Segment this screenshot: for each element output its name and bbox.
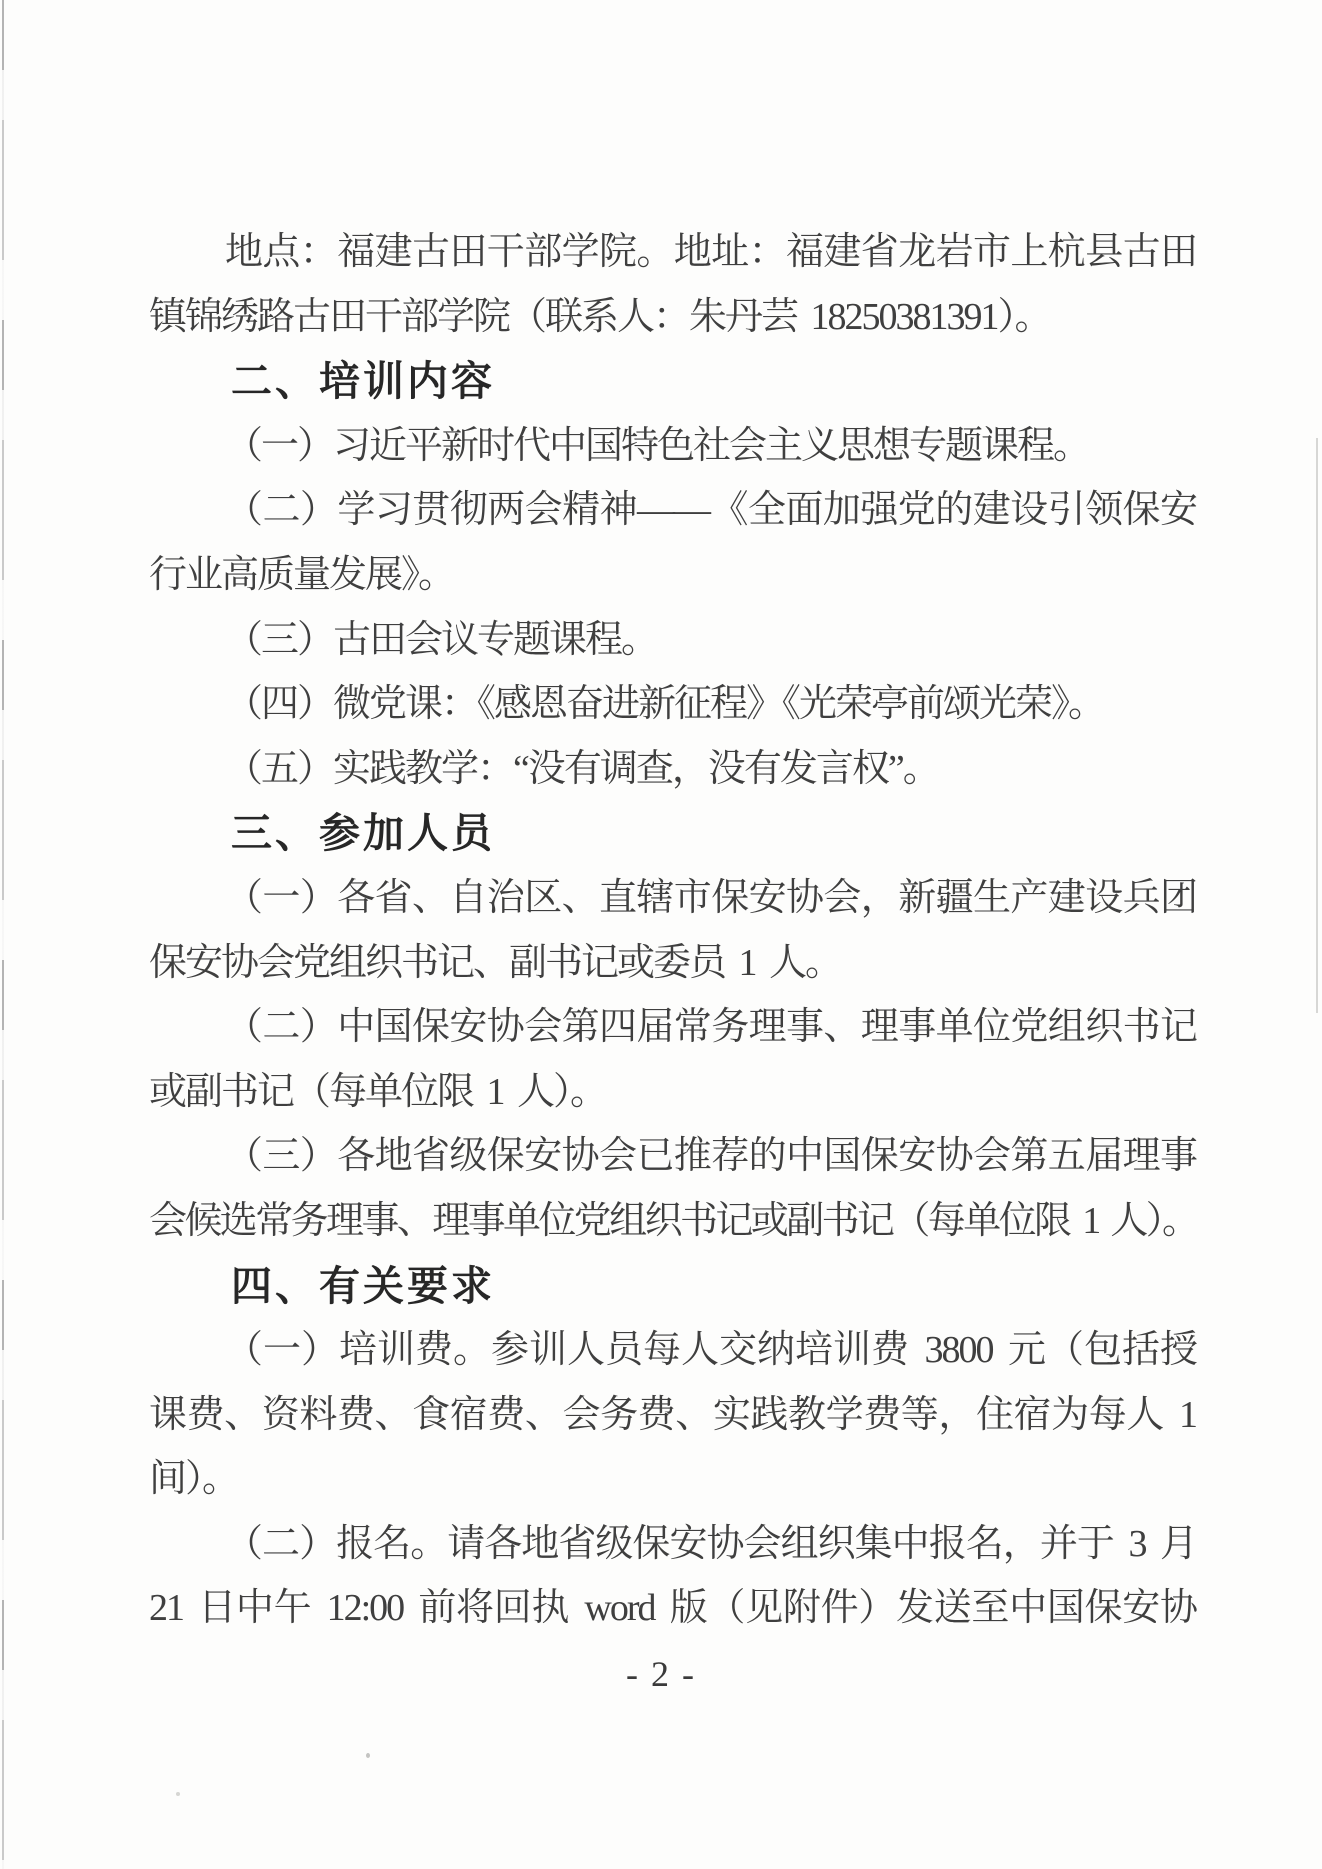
text-line: 课费、资料费、食宿费、会务费、实践教学费等，住宿为每人 1 <box>149 1383 1196 1448</box>
item-2-2-two-sessions-spirit-course: （二）学习贯彻两会精神——《全面加强党的建设引领保安行业高质量发展》。 <box>149 478 1196 607</box>
heading-section-2-training-content: 二、培训内容 <box>149 349 1196 414</box>
text-line: 四、有关要求 <box>149 1254 1196 1319</box>
text-line: 地点：福建古田干部学院。地址：福建省龙岩市上杭县古田 <box>149 220 1196 285</box>
item-2-5-practical-teaching: （五）实践教学：“没有调查，没有发言权”。 <box>149 737 1196 802</box>
text-line: 或副书记（每单位限 1 人）。 <box>149 1060 1196 1125</box>
item-2-4-micro-party-lectures: （四）微党课：《感恩奋进新征程》《光荣亭前颂光荣》。 <box>149 672 1196 737</box>
text-line: 三、参加人员 <box>149 801 1196 866</box>
para-location-address: 地点：福建古田干部学院。地址：福建省龙岩市上杭县古田镇锦绣路古田干部学院（联系人… <box>149 220 1196 349</box>
document-body: 地点：福建古田干部学院。地址：福建省龙岩市上杭县古田镇锦绣路古田干部学院（联系人… <box>149 0 1196 1641</box>
text-line: 间）。 <box>149 1447 1196 1512</box>
text-line: （二）报名。请各地省级保安协会组织集中报名，并于 3 月 <box>149 1512 1196 1577</box>
text-line: （二）中国保安协会第四届常务理事、理事单位党组织书记 <box>149 995 1196 1060</box>
text-line: 二、培训内容 <box>149 349 1196 414</box>
scan-speck <box>366 1753 370 1758</box>
item-4-2-registration: （二）报名。请各地省级保安协会组织集中报名，并于 3 月21 日中午 12:00… <box>149 1512 1196 1641</box>
text-line: （四）微党课：《感恩奋进新征程》《光荣亭前颂光荣》。 <box>149 672 1196 737</box>
text-line: （一）习近平新时代中国特色社会主义思想专题课程。 <box>149 414 1196 479</box>
text-line: （一）各省、自治区、直辖市保安协会，新疆生产建设兵团 <box>149 866 1196 931</box>
item-3-3-fifth-council-candidate-secretaries: （三）各地省级保安协会已推荐的中国保安协会第五届理事会候选常务理事、理事单位党组… <box>149 1124 1196 1253</box>
heading-section-3-participants: 三、参加人员 <box>149 801 1196 866</box>
text-line: （五）实践教学：“没有调查，没有发言权”。 <box>149 737 1196 802</box>
text-line: 会候选常务理事、理事单位党组织书记或副书记（每单位限 1 人）。 <box>149 1189 1196 1254</box>
text-line: （二）学习贯彻两会精神——《全面加强党的建设引领保安 <box>149 478 1196 543</box>
text-line: （三）各地省级保安协会已推荐的中国保安协会第五届理事 <box>149 1124 1196 1189</box>
scan-edge-artifact-right <box>1316 438 1318 1013</box>
item-2-1-xi-jinping-thought-course: （一）习近平新时代中国特色社会主义思想专题课程。 <box>149 414 1196 479</box>
item-2-3-gutian-conference-course: （三）古田会议专题课程。 <box>149 608 1196 673</box>
text-line: （三）古田会议专题课程。 <box>149 608 1196 673</box>
text-line: 保安协会党组织书记、副书记或委员 1 人。 <box>149 931 1196 996</box>
text-line: （一）培训费。参训人员每人交纳培训费 3800 元（包括授 <box>149 1318 1196 1383</box>
scan-speck <box>176 1792 180 1796</box>
text-line: 21 日中午 12:00 前将回执 word 版（见附件）发送至中国保安协 <box>149 1576 1196 1641</box>
page-number: - 2 - <box>0 1642 1322 1707</box>
item-3-1-provincial-association-secretaries: （一）各省、自治区、直辖市保安协会，新疆生产建设兵团保安协会党组织书记、副书记或… <box>149 866 1196 995</box>
text-line: 镇锦绣路古田干部学院（联系人：朱丹芸 18250381391）。 <box>149 285 1196 350</box>
item-4-1-training-fee: （一）培训费。参训人员每人交纳培训费 3800 元（包括授课费、资料费、食宿费、… <box>149 1318 1196 1512</box>
item-3-2-fourth-council-unit-secretaries: （二）中国保安协会第四届常务理事、理事单位党组织书记或副书记（每单位限 1 人）… <box>149 995 1196 1124</box>
heading-section-4-requirements: 四、有关要求 <box>149 1254 1196 1319</box>
scanned-page: 地点：福建古田干部学院。地址：福建省龙岩市上杭县古田镇锦绣路古田干部学院（联系人… <box>0 0 1322 1869</box>
text-line: 行业高质量发展》。 <box>149 543 1196 608</box>
scan-edge-artifact-left <box>2 0 4 1869</box>
